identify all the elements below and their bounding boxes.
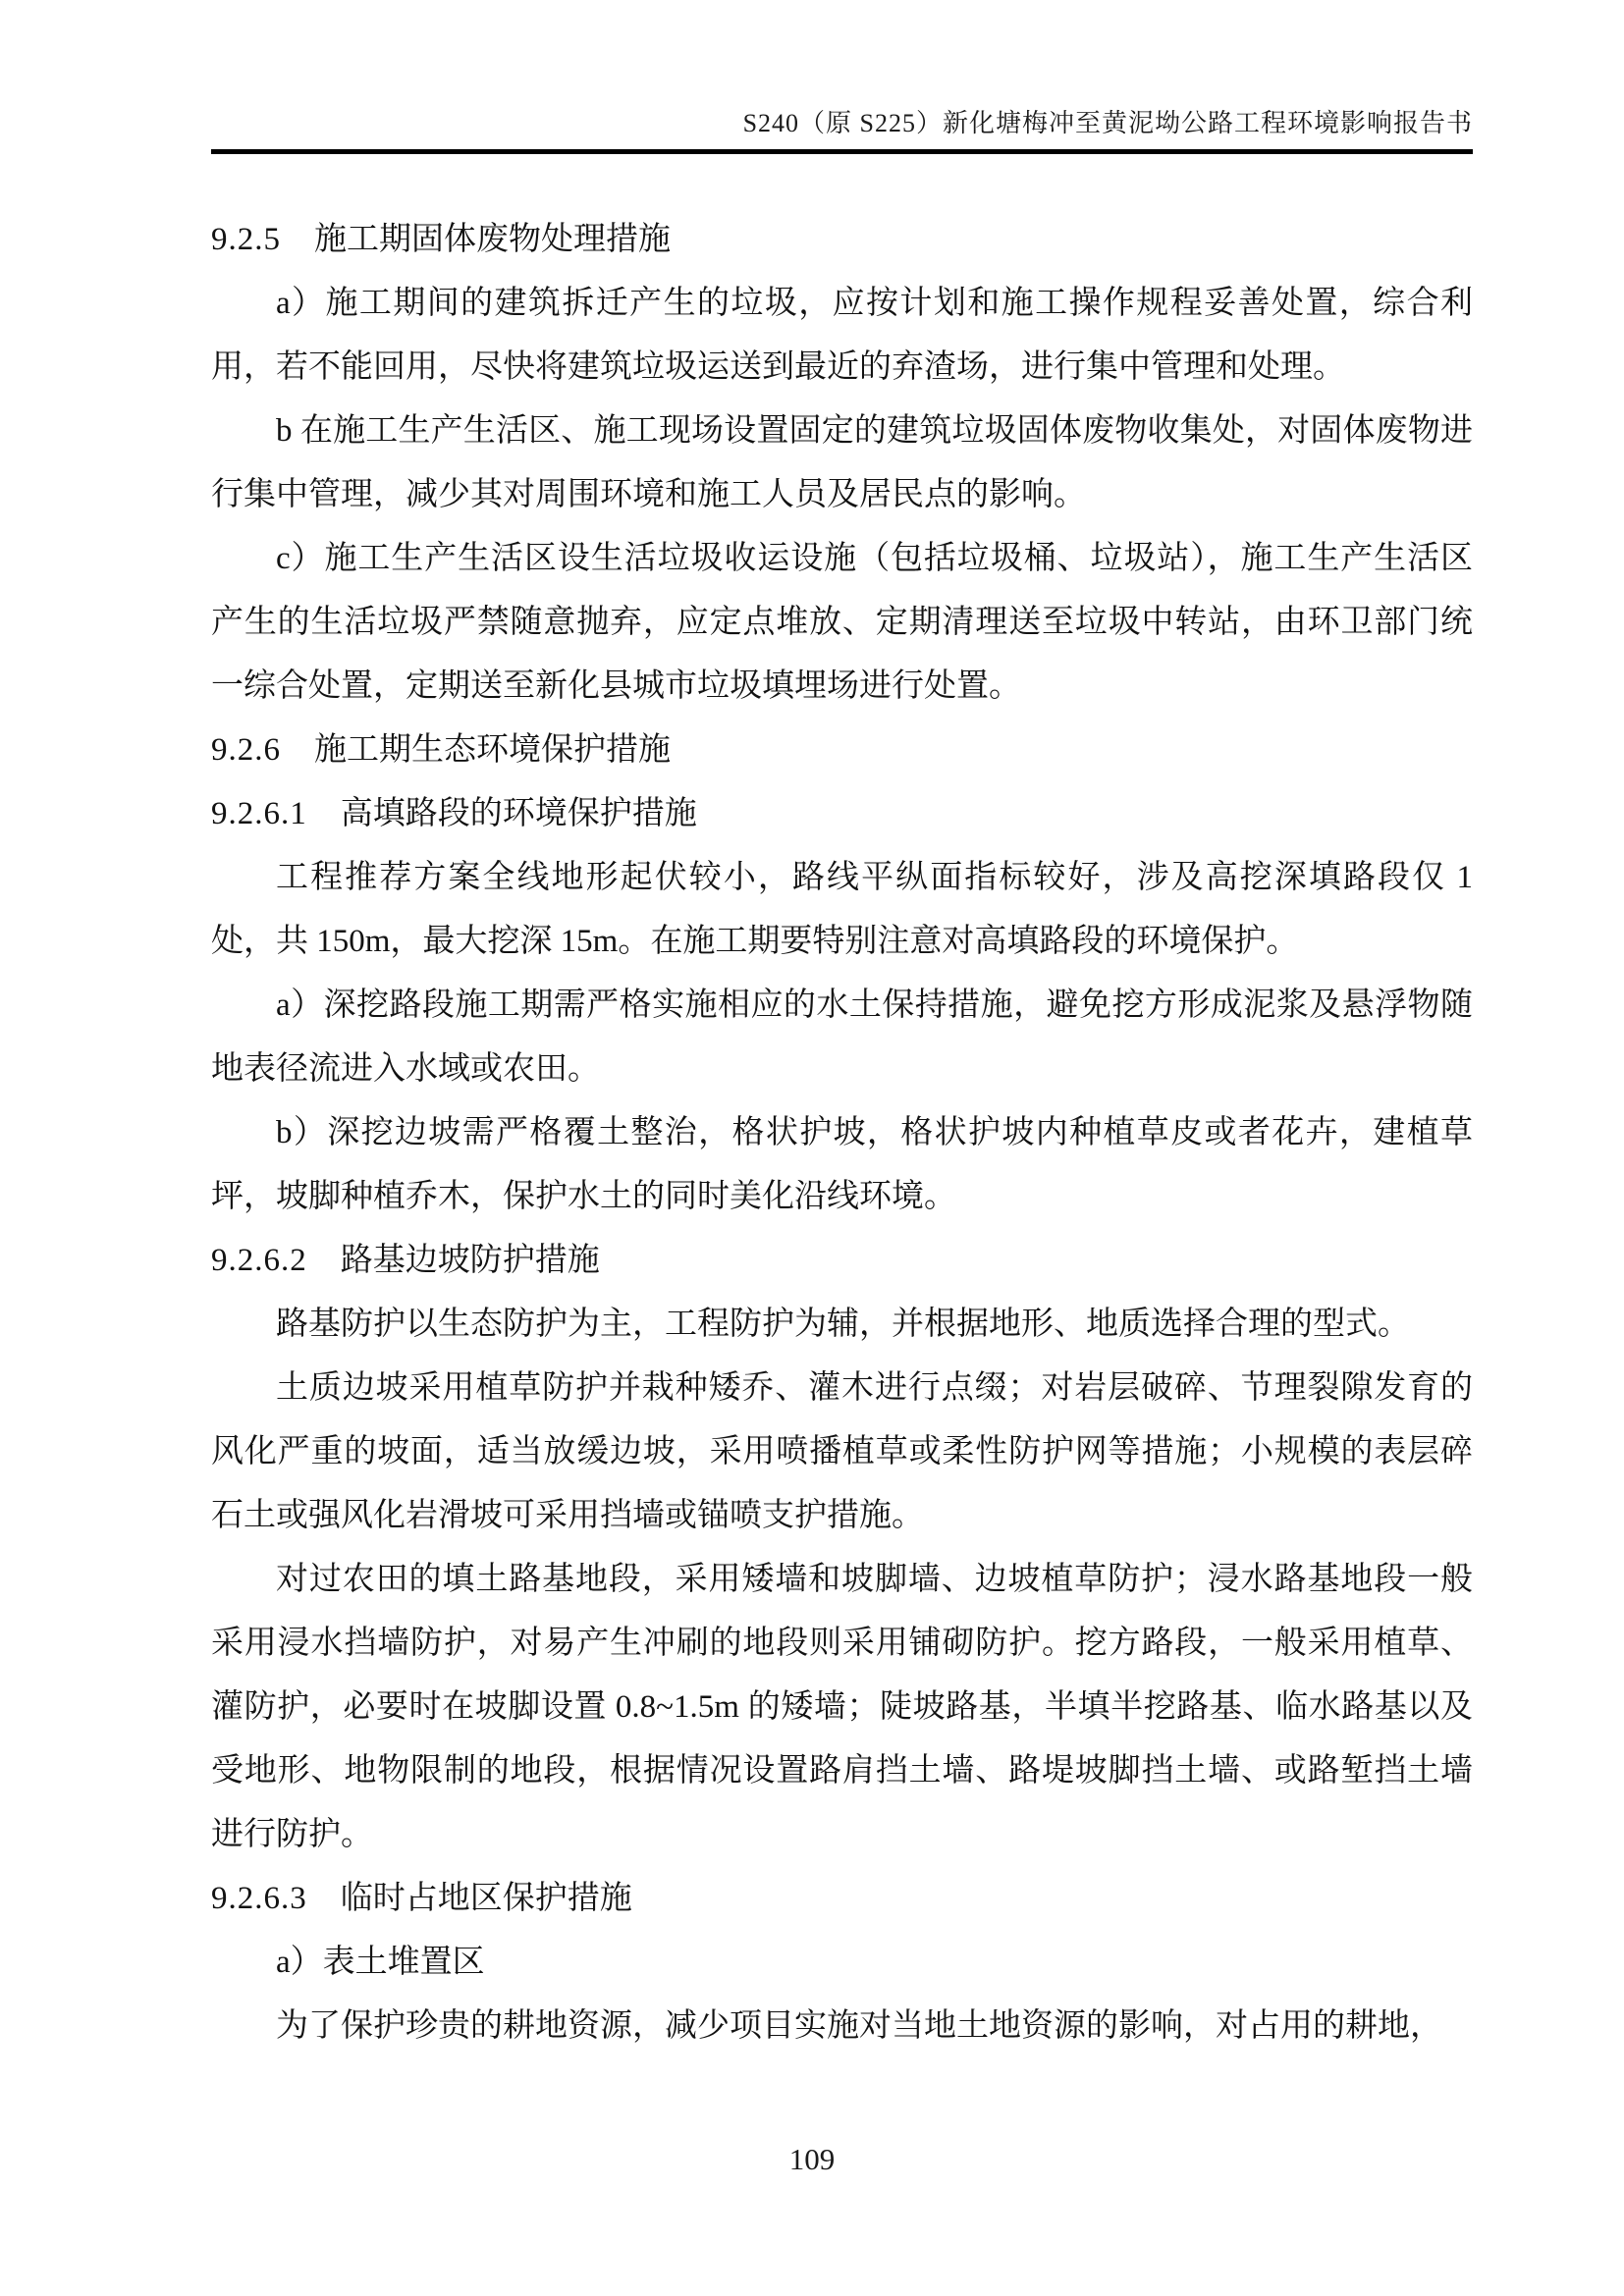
section-number: 9.2.6.2 [211, 1229, 307, 1293]
page-number: 109 [0, 2138, 1624, 2181]
section-title: 施工期固体废物处理措施 [314, 222, 671, 257]
running-header-title: S240（原 S225）新化塘梅冲至黄泥坳公路工程环境影响报告书 [211, 106, 1473, 141]
paragraph-subgrade-protection-principle: 路基防护以生态防护为主，工程防护为辅，并根据地形、地质选择合理的型式。 [211, 1293, 1473, 1357]
section-number: 9.2.6 [211, 719, 281, 782]
section-number: 9.2.5 [211, 208, 281, 272]
section-title: 路基边坡防护措施 [341, 1243, 600, 1278]
section-heading-9-2-6: 9.2.6施工期生态环境保护措施 [211, 719, 1473, 782]
paragraph-terrain-overview: 工程推荐方案全线地形起伏较小，路线平纵面指标较好，涉及高挖深填路段仅 1 处，共… [211, 846, 1473, 974]
section-heading-9-2-6-3: 9.2.6.3临时占地区保护措施 [211, 1867, 1473, 1931]
paragraph-b-slope-greening: b）深挖边坡需严格覆土整治，格状护坡，格状护坡内种植草皮或者花卉，建植草坪，坡脚… [211, 1101, 1473, 1229]
section-title: 施工期生态环境保护措施 [314, 732, 671, 768]
document-body: 9.2.5施工期固体废物处理措施 a）施工期间的建筑拆迁产生的垃圾，应按计划和施… [211, 208, 1473, 2058]
paragraph-c-domestic-waste: c）施工生产生活区设生活垃圾收运设施（包括垃圾桶、垃圾站），施工生产生活区产生的… [211, 527, 1473, 719]
paragraph-b-waste-collection: b 在施工生产生活区、施工现场设置固定的建筑垃圾固体废物收集处，对固体废物进行集… [211, 400, 1473, 527]
section-title: 临时占地区保护措施 [341, 1881, 632, 1916]
paragraph-a-deep-cut-soil-conservation: a）深挖路段施工期需严格实施相应的水土保持措施，避免挖方形成泥浆及悬浮物随地表径… [211, 974, 1473, 1101]
section-title: 高填路段的环境保护措施 [341, 796, 697, 831]
header-rule [211, 149, 1473, 154]
paragraph-soil-slope-measures: 土质边坡采用植草防护并栽种矮乔、灌木进行点缀；对岩层破碎、节理裂隙发育的风化严重… [211, 1357, 1473, 1548]
section-number: 9.2.6.1 [211, 782, 307, 846]
paragraph-a-topsoil-stockpile: a）表土堆置区 [211, 1931, 1473, 1995]
paragraph-farmland-subgrade-measures: 对过农田的填土路基地段，采用矮墙和坡脚墙、边坡植草防护；浸水路基地段一般采用浸水… [211, 1548, 1473, 1867]
section-heading-9-2-6-1: 9.2.6.1高填路段的环境保护措施 [211, 782, 1473, 846]
document-page: S240（原 S225）新化塘梅冲至黄泥坳公路工程环境影响报告书 9.2.5施工… [0, 0, 1624, 2296]
paragraph-farmland-resource-protection: 为了保护珍贵的耕地资源，减少项目实施对当地土地资源的影响，对占用的耕地， [211, 1995, 1473, 2058]
section-heading-9-2-5: 9.2.5施工期固体废物处理措施 [211, 208, 1473, 272]
section-number: 9.2.6.3 [211, 1867, 307, 1931]
section-heading-9-2-6-2: 9.2.6.2路基边坡防护措施 [211, 1229, 1473, 1293]
paragraph-a-demolition-waste: a）施工期间的建筑拆迁产生的垃圾，应按计划和施工操作规程妥善处置，综合利用，若不… [211, 272, 1473, 400]
